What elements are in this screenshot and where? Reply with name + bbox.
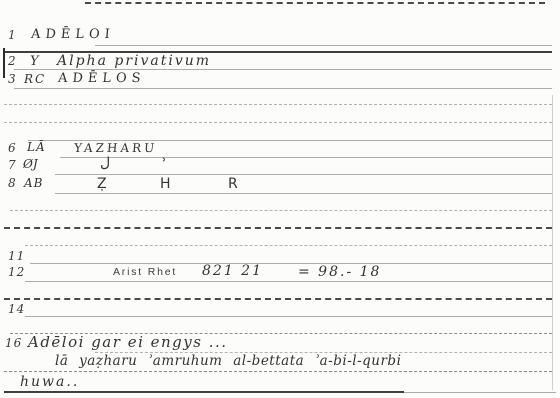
- root-letter-h: H: [160, 176, 171, 192]
- hamza-mark: ʾ: [162, 155, 167, 173]
- ruled-line: [4, 104, 552, 105]
- ruled-line: [55, 193, 552, 194]
- root-letter-z: Ẓ: [97, 176, 107, 192]
- entry-mark: LĀ: [27, 140, 46, 154]
- ruled-line: [25, 281, 552, 282]
- line-number: 11: [8, 249, 25, 263]
- entry-mark: RC: [24, 72, 46, 86]
- entry-mark: ØJ: [23, 157, 38, 171]
- card-left-edge: [3, 48, 5, 78]
- ruled-line: [4, 371, 552, 372]
- ruled-line: [4, 122, 552, 123]
- index-card-scan: 1 ADĒLOI 2 Y Alpha privativum 3 RC ADĒLO…: [0, 0, 560, 398]
- citation-equiv: = 98.- 18: [298, 264, 381, 280]
- arabic-letter: ل: [100, 155, 110, 171]
- ruled-line: [30, 263, 552, 264]
- ruled-line: [25, 316, 552, 317]
- arabic-translit: YAZHARU: [73, 141, 158, 155]
- entry-note: Alpha privativum: [57, 53, 211, 69]
- ruled-line: [10, 210, 552, 211]
- line-number: 1: [8, 28, 17, 42]
- greek-quote: Adēloi gar ei engys ...: [28, 333, 228, 351]
- arabic-translation: lā yaẓharu ʾamruhum al-bettata ʾa-bi-l-q…: [55, 353, 401, 369]
- line-number: 7: [8, 158, 17, 172]
- entry-mark: Y: [30, 54, 39, 69]
- citation-locus: 821 21: [202, 263, 263, 279]
- entry-variant: ADĒLOS: [57, 71, 146, 86]
- ruled-line: [95, 45, 552, 46]
- root-letter-r: R: [228, 176, 238, 192]
- card-right-edge: [552, 95, 553, 390]
- ruled-line: [85, 2, 545, 4]
- ruled-line: [55, 174, 552, 175]
- line-number: 6: [8, 141, 17, 155]
- card-bottom-border: [404, 392, 556, 393]
- ruled-line: [14, 88, 552, 89]
- line-number: 2: [8, 54, 17, 68]
- ruled-line: [4, 227, 552, 229]
- line-number: 3: [8, 72, 17, 86]
- ruled-line: [25, 245, 552, 246]
- ruled-line: [4, 298, 552, 300]
- line-number: 8: [8, 176, 17, 190]
- line-number: 16: [5, 336, 22, 350]
- entry-headword: ADĒLOI: [30, 27, 115, 42]
- line-number: 14: [8, 302, 25, 316]
- ruled-line: [60, 157, 552, 158]
- arabic-translation-cont: huwa..: [20, 374, 79, 390]
- ruled-line: [14, 69, 552, 70]
- entry-mark: AB: [24, 176, 43, 190]
- citation-ref: Arist Rhet: [113, 266, 177, 278]
- line-number: 12: [8, 265, 25, 279]
- card-bottom-border: [4, 391, 404, 393]
